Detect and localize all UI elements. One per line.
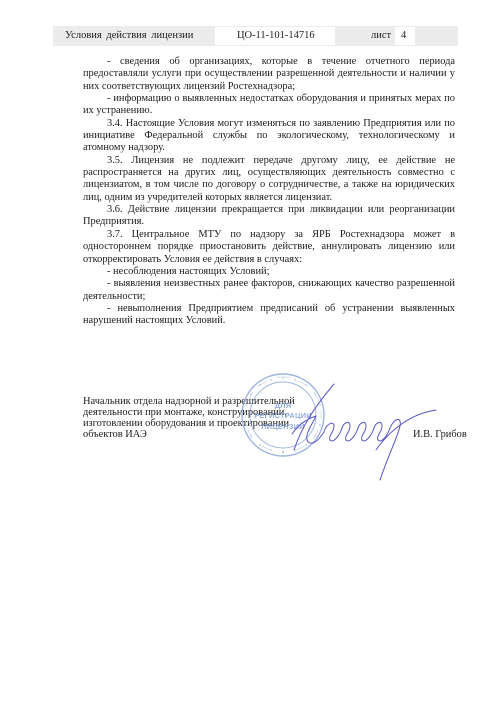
clause-3-7: 3.7. Центральное МТУ по надзору за ЯРБ Р… [83, 229, 455, 266]
handwritten-signature-icon [290, 372, 440, 482]
clause-3-5: 3.5. Лицензия не подлежит передаче друго… [83, 155, 455, 204]
header-title: Условия действия лицензии [65, 30, 193, 41]
document-page: Условия действия лицензии ЦО-11-101-1471… [0, 0, 500, 707]
paragraph-organizations-info: - сведения об организациях, которые в те… [83, 56, 455, 93]
license-number: ЦО-11-101-14716 [237, 30, 315, 41]
clause-3-6: 3.6. Действие лицензии прекращается при … [83, 204, 455, 229]
clause-3-4: 3.4. Настоящие Условия могут изменяться … [83, 118, 455, 155]
sheet-number-box: 4 [395, 27, 415, 45]
page-header: Условия действия лицензии ЦО-11-101-1471… [53, 26, 458, 46]
paragraph-equipment-defects: - информацию о выявленных недостатках об… [83, 93, 455, 118]
document-body: - сведения об организациях, которые в те… [83, 56, 455, 328]
case-unknown-factors: - выявления неизвестных ранее факторов, … [83, 278, 455, 303]
license-number-box: ЦО-11-101-14716 [215, 27, 335, 45]
sheet-number: 4 [401, 30, 406, 41]
sheet-label: лист [371, 30, 391, 41]
case-nonfulfillment: - невыполнения Предприятием предписаний … [83, 303, 455, 328]
case-noncompliance: - несоблюдения настоящих Условий; [83, 266, 455, 278]
signatory-name: И.В. Грибов [413, 429, 467, 440]
